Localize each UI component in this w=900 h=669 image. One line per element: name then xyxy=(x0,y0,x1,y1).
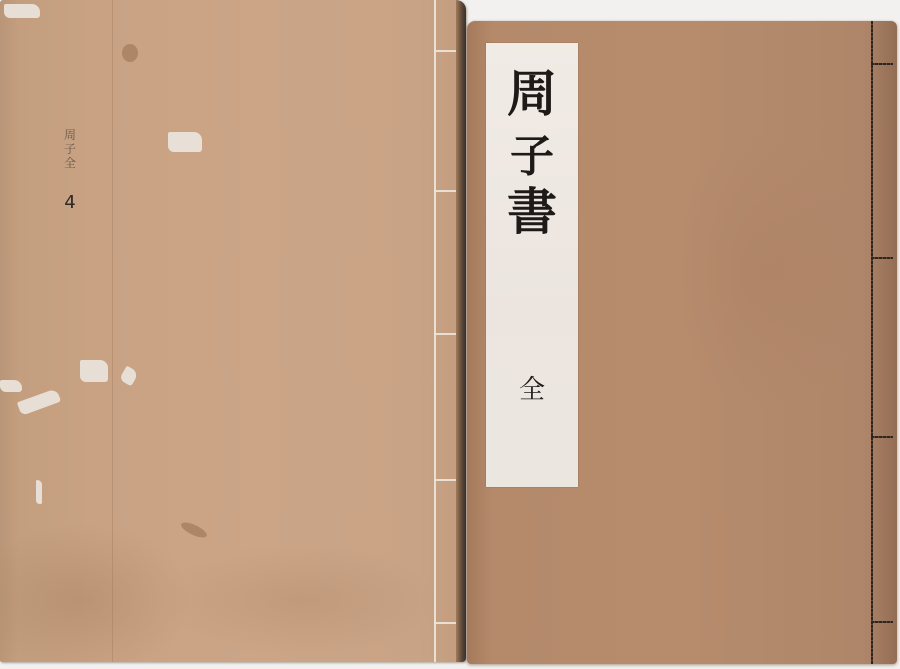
paper-tear xyxy=(36,480,42,504)
binding-stitch xyxy=(434,333,458,335)
pencil-char: 全 xyxy=(64,156,76,170)
binding-stitch xyxy=(871,621,893,623)
title-slip: 周 子 書 全 xyxy=(486,43,578,487)
water-stain xyxy=(179,520,209,541)
pencil-char: 子 xyxy=(64,142,76,156)
binding-stitch xyxy=(434,190,458,192)
binding-stitch xyxy=(871,257,893,259)
paper-tear xyxy=(80,360,108,382)
title-char: 書 xyxy=(507,187,557,237)
binding-margin xyxy=(873,21,897,664)
paper-tear xyxy=(119,366,139,387)
paper-tear xyxy=(4,4,40,18)
paper-tear xyxy=(17,388,61,416)
pencil-number: 4 xyxy=(64,192,75,213)
binding-stitch xyxy=(434,622,458,624)
pencil-char: 周 xyxy=(64,128,76,142)
pencil-catalog-note: 周 子 全 4 xyxy=(60,128,80,213)
binding-stitch xyxy=(871,63,893,65)
title-char: 子 xyxy=(510,135,554,179)
left-book-back-cover: 周 子 全 4 xyxy=(0,0,466,662)
right-book-front-cover: 周 子 書 全 xyxy=(467,21,897,664)
binding-stitch xyxy=(434,479,458,481)
cover-fold-line xyxy=(112,0,113,662)
binding-stitch xyxy=(871,436,893,438)
title-char: 周 xyxy=(507,69,557,119)
binding-thread xyxy=(434,0,436,662)
binding-stitch xyxy=(434,50,458,52)
water-stain xyxy=(122,44,138,62)
paper-tear xyxy=(168,132,202,152)
paper-tear xyxy=(0,380,22,392)
spine-edge xyxy=(456,0,466,662)
binding-thread xyxy=(871,21,873,664)
volume-marker: 全 xyxy=(519,377,545,403)
